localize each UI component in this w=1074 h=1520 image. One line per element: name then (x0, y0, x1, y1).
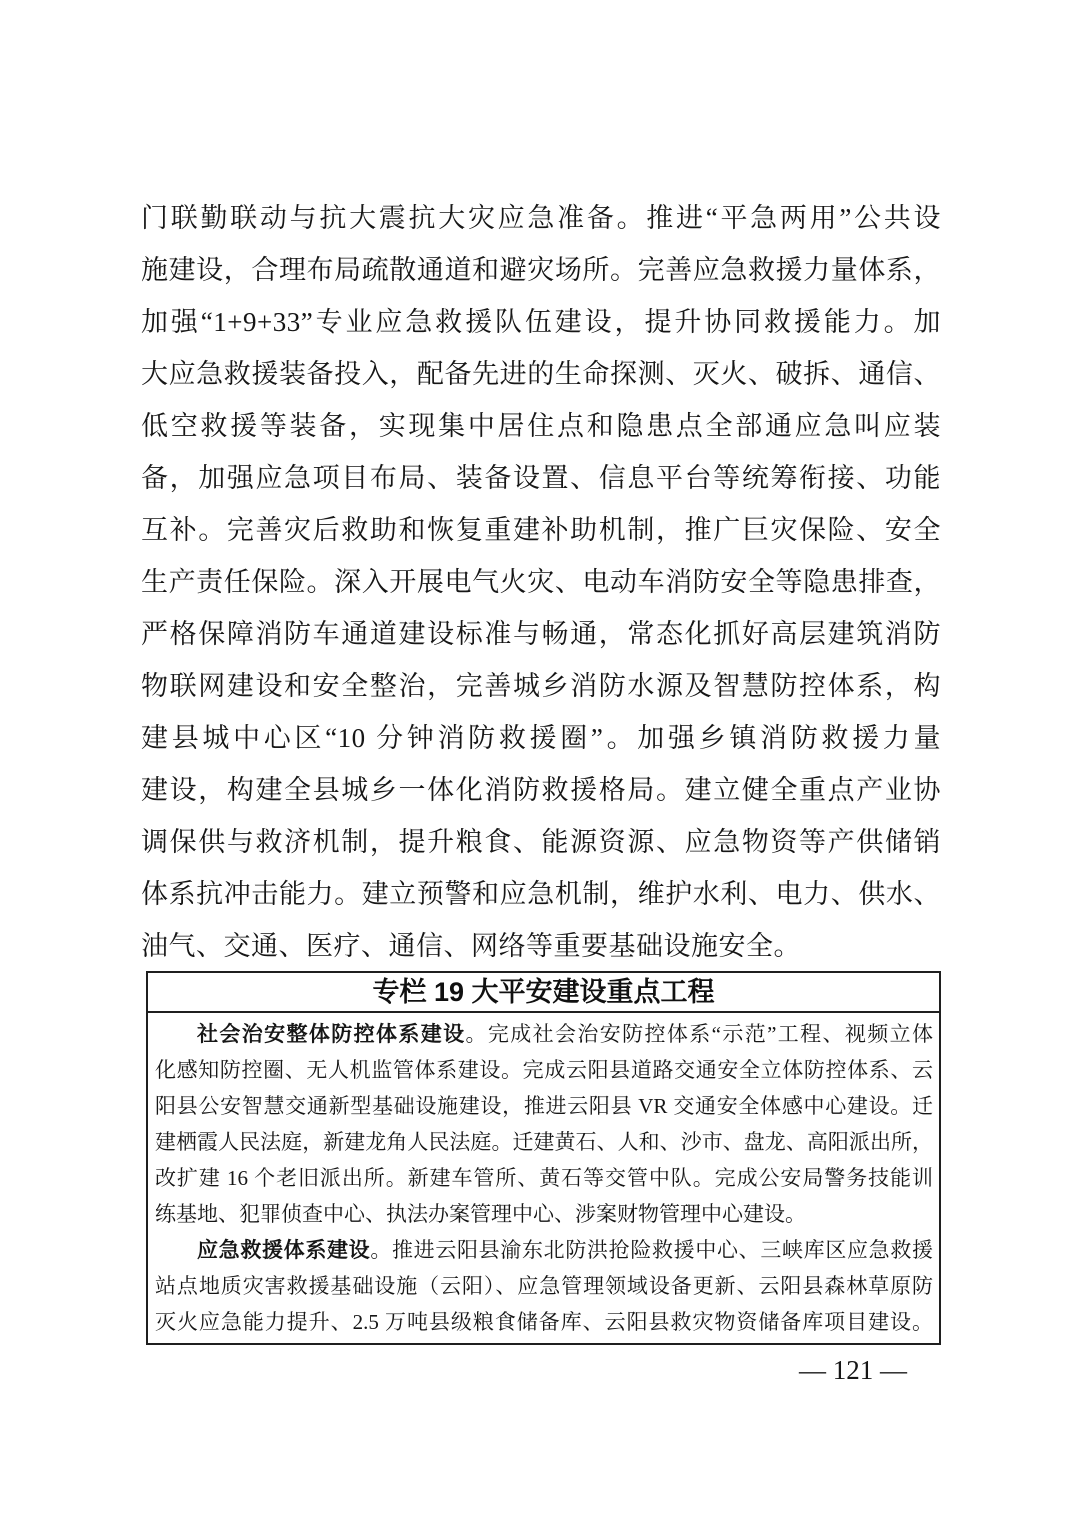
box-line: 化感知防控圈、无人机监管体系建设。完成云阳县道路交通安全立体防控体系、云 (155, 1052, 933, 1088)
box-paragraph-lead: 社会治安整体防控体系建设 (197, 1022, 466, 1046)
box-paragraph-text: 。完成社会治安防控体系“示范”工程、视频立体 (466, 1022, 934, 1046)
body-line: 生产责任保险。深入开展电气火灾、电动车消防安全等隐患排查， (141, 556, 941, 608)
body-line: 严格保障消防车通道建设标准与畅通，常态化抓好高层建筑消防 (141, 608, 941, 660)
document-page: 门联勤联动与抗大震抗大灾应急准备。推进“平急两用”公共设 施建设，合理布局疏散通… (0, 0, 1074, 1520)
box-line: 灭火应急能力提升、2.5 万吨县级粮食储备库、云阳县救灾物资储备库项目建设。 (155, 1304, 933, 1340)
box-line: 站点地质灾害救援基础设施（云阳）、应急管理领域设备更新、云阳县森林草原防 (155, 1268, 933, 1304)
body-line: 门联勤联动与抗大震抗大灾应急准备。推进“平急两用”公共设 (141, 192, 941, 244)
box-paragraph-lead: 应急救援体系建设 (197, 1238, 370, 1262)
body-line: 调保供与救济机制，提升粮食、能源资源、应急物资等产供储销 (141, 816, 941, 868)
box-body: 社会治安整体防控体系建设。完成社会治安防控体系“示范”工程、视频立体 化感知防控… (148, 1013, 939, 1343)
body-line: 加强“1+9+33”专业应急救援队伍建设，提升协同救援能力。加 (141, 296, 941, 348)
body-line: 施建设，合理布局疏散通道和避灾场所。完善应急救援力量体系， (141, 244, 941, 296)
box-line: 建栖霞人民法庭，新建龙角人民法庭。迁建黄石、人和、沙市、盘龙、高阳派出所， (155, 1124, 933, 1160)
body-line: 建设，构建全县城乡一体化消防救援格局。建立健全重点产业协 (141, 764, 941, 816)
body-paragraph: 门联勤联动与抗大震抗大灾应急准备。推进“平急两用”公共设 施建设，合理布局疏散通… (141, 192, 941, 972)
box-paragraph-first-line: 应急救援体系建设。推进云阳县渝东北防洪抢险救援中心、三峡库区应急救援 (155, 1232, 933, 1268)
body-line: 体系抗冲击能力。建立预警和应急机制，维护水利、电力、供水、 (141, 868, 941, 920)
body-line: 油气、交通、医疗、通信、网络等重要基础设施安全。 (141, 920, 941, 972)
body-line: 物联网建设和安全整治，完善城乡消防水源及智慧防控体系，构 (141, 660, 941, 712)
box-title: 专栏 19 大平安建设重点工程 (148, 973, 939, 1013)
box-line: 阳县公安智慧交通新型基础设施建设，推进云阳县 VR 交通安全体感中心建设。迁 (155, 1088, 933, 1124)
body-line: 互补。完善灾后救助和恢复重建补助机制，推广巨灾保险、安全 (141, 504, 941, 556)
page-number: — 121 — (799, 1354, 907, 1386)
box-paragraph-first-line: 社会治安整体防控体系建设。完成社会治安防控体系“示范”工程、视频立体 (155, 1016, 933, 1052)
box-paragraph-text: 。推进云阳县渝东北防洪抢险救援中心、三峡库区应急救援 (370, 1238, 933, 1262)
highlight-box-key-projects: 专栏 19 大平安建设重点工程 社会治安整体防控体系建设。完成社会治安防控体系“… (146, 971, 941, 1345)
body-line: 建县城中心区“10 分钟消防救援圈”。加强乡镇消防救援力量 (141, 712, 941, 764)
body-line: 低空救援等装备，实现集中居住点和隐患点全部通应急叫应装 (141, 400, 941, 452)
box-line: 改扩建 16 个老旧派出所。新建车管所、黄石等交管中队。完成公安局警务技能训 (155, 1160, 933, 1196)
box-line: 练基地、犯罪侦查中心、执法办案管理中心、涉案财物管理中心建设。 (155, 1196, 933, 1232)
body-line: 备，加强应急项目布局、装备设置、信息平台等统筹衔接、功能 (141, 452, 941, 504)
body-line: 大应急救援装备投入，配备先进的生命探测、灭火、破拆、通信、 (141, 348, 941, 400)
